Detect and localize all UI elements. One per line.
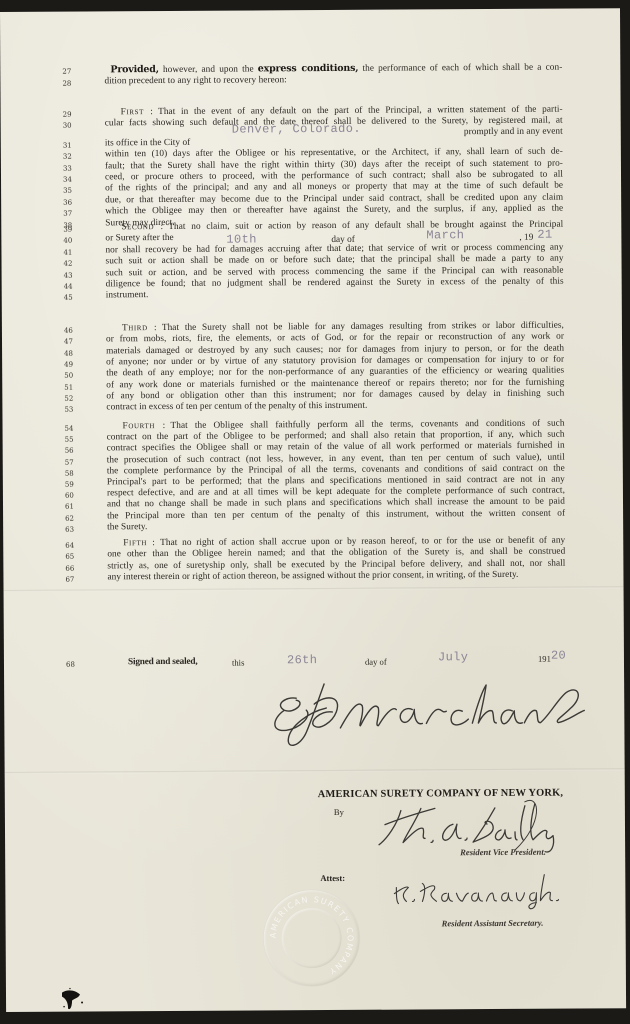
line-number: 51 [64, 383, 86, 391]
line-number: 65 [65, 553, 87, 561]
line-number: 27 [62, 67, 84, 75]
second-heading: Second : [121, 222, 163, 232]
line-number: 29 [63, 110, 85, 118]
line-number: 63 [65, 525, 87, 533]
line-number: 46 [64, 326, 86, 334]
third-clause: 46Third : That the Surety shall not be l… [0, 8, 620, 12]
line-number: 60 [65, 492, 87, 500]
line-number: 61 [65, 503, 87, 511]
provided-clause: 27 Provided, however, and upon the expre… [0, 8, 620, 12]
line-number: 55 [65, 436, 87, 444]
line-number: 57 [65, 458, 87, 466]
second-clause: 39Second : That no claim, suit or action… [0, 8, 620, 12]
line-number: 40 [63, 237, 85, 245]
line-number: 68 [66, 660, 88, 668]
line-number: 44 [64, 282, 86, 290]
svg-text:AMERICAN SURETY COMPANY: AMERICAN SURETY COMPANY [268, 895, 355, 977]
line-number: 37 [63, 210, 85, 218]
typed-sign-month: July [438, 650, 468, 664]
line-number: 39 [63, 225, 85, 233]
line-number: 35 [63, 187, 85, 195]
text-run: That no claim, suit or action by reason … [168, 220, 563, 232]
typed-expiry-month: March [426, 228, 464, 242]
line-number: 64 [65, 541, 87, 549]
provided-keyword: Provided, [110, 64, 159, 75]
text-line: the Surety. [107, 519, 565, 533]
line-number: 47 [64, 338, 86, 346]
signed-and-sealed-label: Signed and sealed, [128, 657, 198, 667]
line-number: 43 [64, 271, 86, 279]
line-number: 53 [64, 406, 86, 414]
text-line: dition precedent to any right to recover… [104, 74, 562, 88]
fourth-heading: Fourth : [123, 421, 166, 431]
first-heading: First : [121, 107, 154, 117]
text-line: contract in excess of ten per centum of … [106, 400, 564, 414]
line-number: 66 [65, 564, 87, 572]
fifth-heading: Fifth : [123, 538, 155, 548]
line-number: 62 [65, 514, 87, 522]
secretary-signature [390, 871, 560, 912]
typed-sign-year: 20 [551, 649, 566, 663]
line-number: 36 [63, 198, 85, 206]
day-of-label: day of [365, 657, 387, 667]
text-run: however, and upon the [159, 64, 258, 75]
line-number: 32 [63, 153, 85, 161]
typed-expiry-day: 10th [226, 232, 256, 246]
text-line: instrument. [106, 288, 564, 302]
attest-label: Attest: [320, 873, 345, 883]
line-number: 33 [63, 164, 85, 172]
line-number: 31 [63, 141, 85, 149]
vice-president-signature [375, 794, 565, 855]
text-run: the performance of each of which shall b… [358, 63, 562, 74]
express-conditions-keyword: express conditions, [258, 63, 359, 75]
line-number: 58 [65, 469, 87, 477]
this-label: this [232, 658, 244, 668]
ink-stain [58, 986, 88, 1016]
third-heading: Third : [122, 323, 157, 333]
secretary-title: Resident Assistant Secretary. [442, 918, 544, 929]
line-number: 30 [63, 122, 85, 130]
first-clause: 29First : That in the event of any defau… [0, 8, 620, 12]
line-number: 67 [65, 575, 87, 583]
line-number: 48 [64, 349, 86, 357]
line-number: 42 [64, 260, 86, 268]
line-number: 41 [63, 248, 85, 256]
by-label: By [334, 807, 344, 817]
paper-fold-crease [4, 586, 624, 592]
line-number: 50 [64, 372, 86, 380]
line-number: 56 [65, 447, 87, 455]
vice-president-title: Resident Vice President. [460, 847, 546, 858]
paper-fold-crease [5, 768, 625, 774]
line-number: 59 [65, 480, 87, 488]
typed-sign-day: 26th [287, 653, 317, 667]
embossed-company-seal: AMERICAN SURETY COMPANY [263, 890, 360, 987]
year-prefix: , 19 [519, 233, 533, 243]
line-number: 52 [64, 394, 86, 402]
signing-line: 68 Signed and sealed, this 26th day of J… [0, 8, 620, 12]
line-number: 45 [64, 294, 86, 302]
document-page: 27 Provided, however, and upon the expre… [0, 8, 626, 1012]
fifth-clause: 64Fifth : That no right of action shall … [0, 8, 620, 12]
line-number: 34 [63, 175, 85, 183]
year-prefix: 191 [538, 654, 551, 664]
principal-signature [266, 668, 587, 760]
typed-expiry-year: 21 [537, 228, 552, 242]
typed-city: Denver, Colorado. [232, 122, 361, 137]
text-line: any interest therein or right of action … [107, 569, 565, 583]
seal-ring-text: AMERICAN SURETY COMPANY [263, 890, 360, 987]
day-of-label: day of [331, 235, 355, 245]
fourth-clause: 54Fourth : That the Obligee shall faithf… [0, 8, 620, 12]
line-number: 28 [62, 79, 84, 87]
line-number: 49 [64, 360, 86, 368]
line-number: 54 [65, 424, 87, 432]
